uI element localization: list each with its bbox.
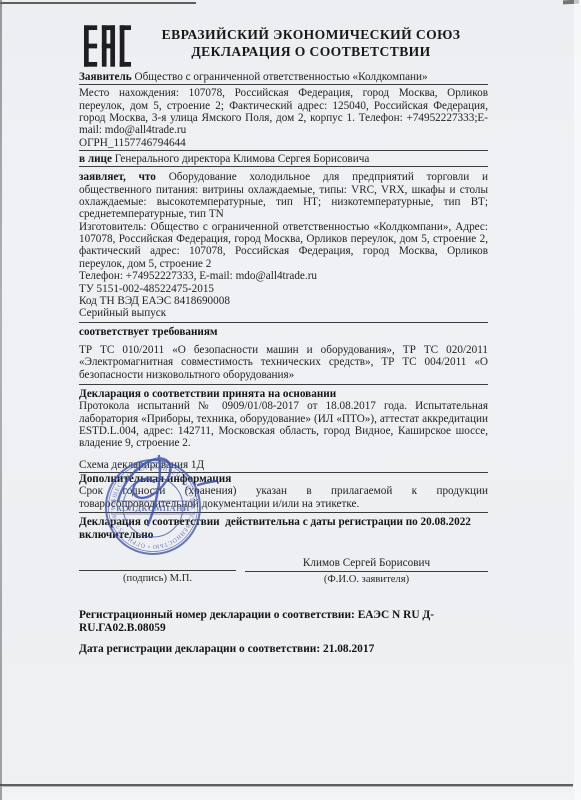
document-body: Заявитель Общество с ограниченной ответс… <box>79 71 488 655</box>
basis-block: Декларация о соответствии принята на осн… <box>79 388 488 473</box>
representative-text: Генерального директора Климова Сергея Бо… <box>115 153 370 165</box>
manufacturer-contacts: Телефон: +74952227333, E-mail: mdo@all4t… <box>79 270 488 282</box>
issue-type: Серийный выпуск <box>79 307 488 319</box>
applicant-name: Общество с ограниченной ответственностью… <box>135 71 428 83</box>
registration-date-line: Дата регистрации декларации о соответств… <box>79 643 488 655</box>
compliance-block: соответствует требованиям ТР ТС 010/2011… <box>79 326 488 385</box>
signature-field: (подпись) М.П. <box>79 557 236 586</box>
title-line-union: ЕВРАЗИЙСКИЙ ЭКОНОМИЧЕСКИЙ СОЮЗ <box>146 26 476 43</box>
applicant-name-caption: (Ф.И.О. заявителя) <box>245 572 488 586</box>
applicant-address-block: Место нахождения: 107078, Российская Фед… <box>79 87 488 151</box>
declaration-document: ЕАС ЕВРАЗИЙСКИЙ ЭКОНОМИЧЕСКИЙ СОЮЗ ДЕКЛА… <box>0 0 581 800</box>
tn-ved-code: Код ТН ВЭД ЕАЭС 8418690008 <box>79 295 488 307</box>
registration-number-line: Регистрационный номер декларации о соотв… <box>79 609 488 634</box>
signature-caption: (подпись) М.П. <box>79 571 236 585</box>
compliance-regulations: ТР ТС 010/2011 «О безопасности машин и о… <box>79 344 488 381</box>
declares-label: заявляет, что <box>79 171 156 183</box>
signature-line <box>79 557 236 571</box>
additional-info-block: Дополнительная информация Срок годности … <box>79 473 488 513</box>
applicant-label: Заявитель <box>79 71 132 83</box>
declaration-scheme: Схема декларирования 1Д <box>79 459 488 473</box>
applicant-name-field: Климов Сергей Борисович (Ф.И.О. заявител… <box>245 557 488 586</box>
scan-edge-right <box>574 0 581 800</box>
compliance-label: соответствует требованиям <box>79 326 488 338</box>
scan-edge-top <box>0 2 196 4</box>
registration-date-value: 21.08.2017 <box>323 643 374 655</box>
product-statement: заявляет, что Оборудование холодильное д… <box>79 171 488 220</box>
additional-info-text: Срок годности (хранения) указан в прилаг… <box>79 485 488 510</box>
eac-logo-icon: ЕАС <box>84 24 131 68</box>
scan-edge-bottom-highlight <box>0 786 573 787</box>
document-title: ЕВРАЗИЙСКИЙ ЭКОНОМИЧЕСКИЙ СОЮЗ ДЕКЛАРАЦИ… <box>146 26 476 60</box>
tu-number: ТУ 5151-002-48522475-2015 <box>79 283 488 295</box>
additional-info-label: Дополнительная информация <box>79 473 488 485</box>
product-block: заявляет, что Оборудование холодильное д… <box>79 171 488 322</box>
applicant-address: Место нахождения: 107078, Российская Фед… <box>79 87 488 136</box>
registration-date-label: Дата регистрации декларации о соответств… <box>79 643 320 655</box>
validity-statement: Декларация о соответствии действительна … <box>79 516 488 542</box>
applicant-full-name: Климов Сергей Борисович <box>245 557 488 570</box>
manufacturer-info: Изготовитель: Общество с ограниченной от… <box>79 221 488 270</box>
signature-row: (подпись) М.П. Климов Сергей Борисович (… <box>79 557 488 586</box>
applicant-ogrn: ОГРН_1157746794644 <box>79 137 488 149</box>
representative-line: в лице Генерального директора Климова Се… <box>79 153 488 167</box>
basis-label: Декларация о соответствии принята на осн… <box>79 388 488 400</box>
representative-label: в лице <box>79 153 112 165</box>
applicant-line: Заявитель Общество с ограниченной ответс… <box>79 71 488 85</box>
scan-edge-left <box>0 0 2 800</box>
basis-text: Протокола испытаний № 0909/01/08-2017 от… <box>79 400 488 449</box>
registration-number-label: Регистрационный номер декларации о соотв… <box>79 609 355 621</box>
title-line-declaration: ДЕКЛАРАЦИЯ О СООТВЕТСТВИИ <box>146 43 476 60</box>
